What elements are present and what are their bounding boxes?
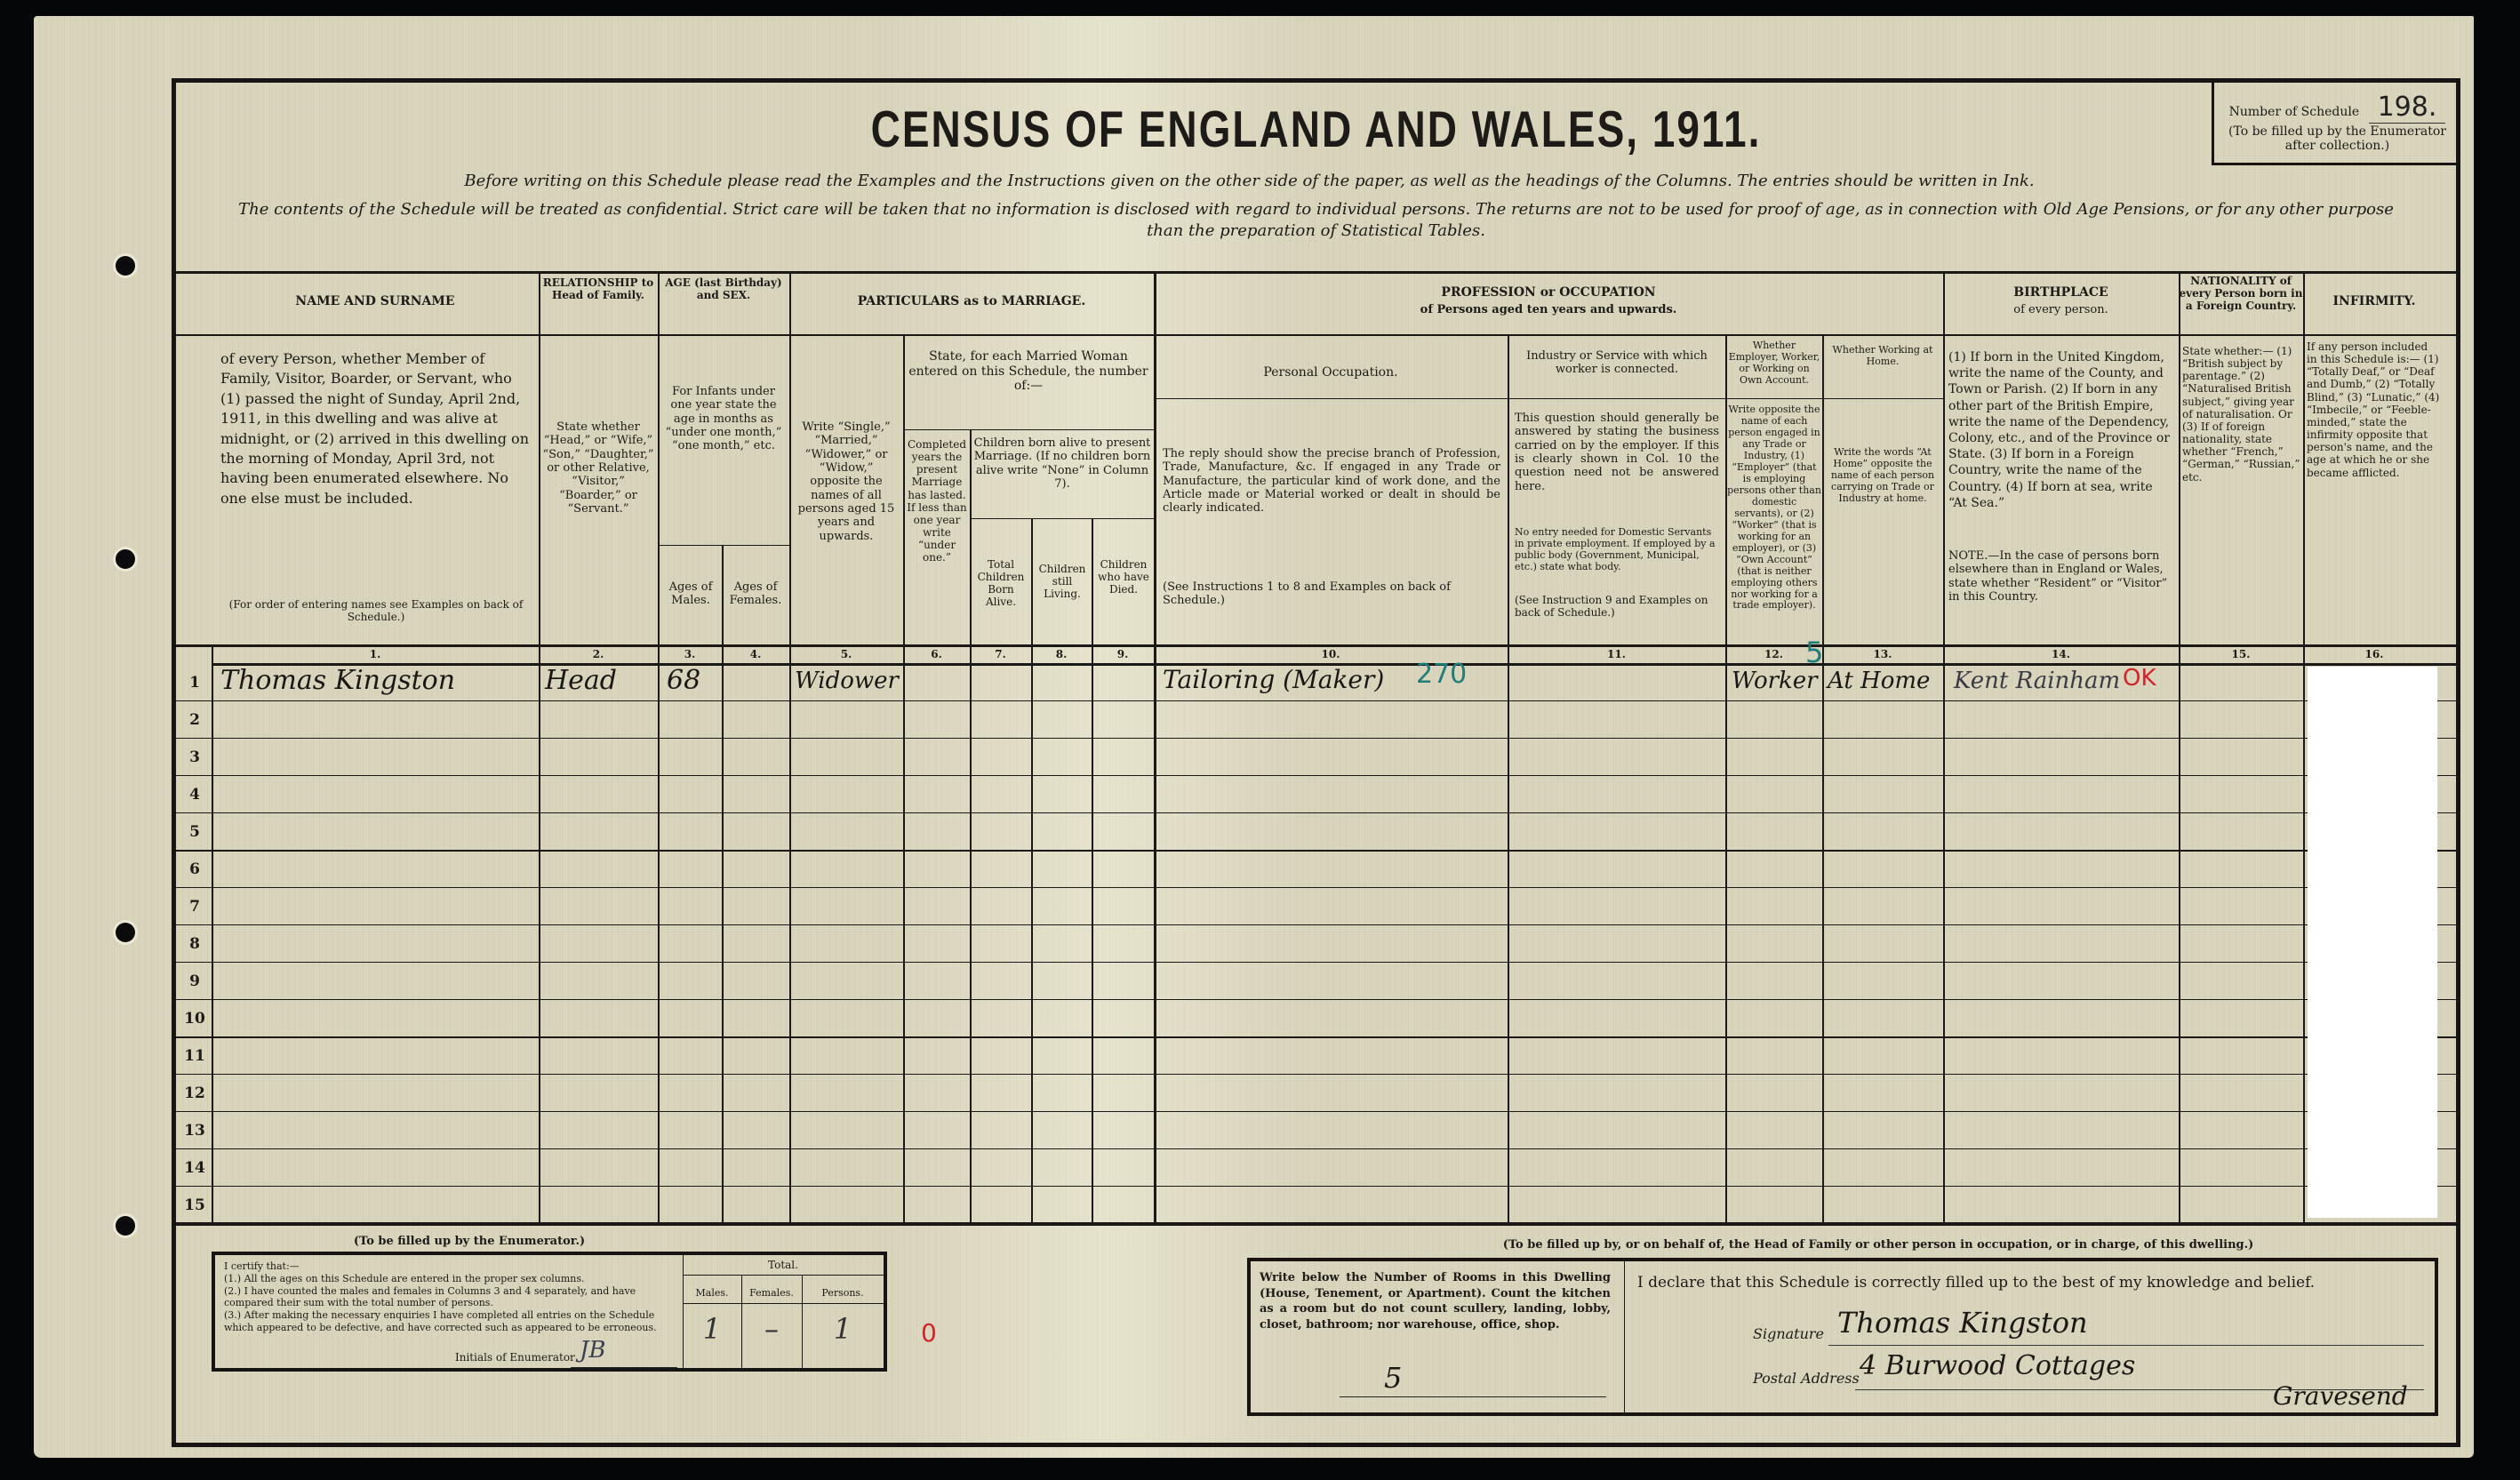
row-rule — [176, 999, 2456, 1000]
instruction-col3: Ages of Males. — [661, 580, 720, 608]
col-divider — [970, 429, 972, 1222]
instruction-col4: Ages of Females. — [724, 580, 788, 608]
males-label: Males. — [683, 1287, 741, 1299]
row-rule — [176, 1111, 2456, 1112]
enumerator-certify-text: I certify that:— (1.) All the ages on th… — [224, 1260, 668, 1334]
header-birthplace: BIRTHPLACE — [1943, 285, 2179, 300]
instruction-col11-head: Industry or Service with which worker is… — [1511, 349, 1723, 377]
signature-value[interactable]: Thomas Kingston — [1837, 1306, 2088, 1340]
row-rule — [176, 924, 2456, 925]
column-number: 1. — [212, 648, 539, 660]
instruction-col14: (1) If born in the United Kingdom, write… — [1948, 349, 2174, 511]
entry-at-home[interactable]: At Home — [1828, 668, 1930, 694]
row-rule — [176, 1148, 2456, 1149]
head-of-family-heading: (To be filled up by, or on behalf of, th… — [1314, 1238, 2443, 1252]
row-rule — [176, 887, 2456, 888]
entry-relationship[interactable]: Head — [545, 665, 617, 696]
signature-line — [1828, 1345, 2424, 1346]
schedule-number-box: Number of Schedule 198. (To be filled up… — [2212, 81, 2460, 165]
rooms-line — [1340, 1396, 1606, 1397]
employment-code: 5 — [1805, 636, 1823, 669]
certify-item-2: (2.) I have counted the males and female… — [224, 1285, 668, 1310]
instruction-col6: Completed years the present Marriage has… — [905, 438, 969, 564]
confidential-line: The contents of the Schedule will be tre… — [194, 200, 2438, 219]
punch-hole — [116, 256, 135, 276]
instruction-col14-note: NOTE.—In the case of persons born elsewh… — [1948, 549, 2174, 604]
declaration-text: I declare that this Schedule is correctl… — [1637, 1274, 2315, 1292]
total-label: Total. — [683, 1259, 884, 1271]
declaration-divider — [1624, 1261, 1625, 1412]
column-number: 8. — [1031, 648, 1092, 660]
punch-hole — [116, 1216, 135, 1236]
row-number: 1 — [181, 674, 208, 692]
col-divider — [2179, 271, 2180, 1222]
row-number: 11 — [181, 1047, 208, 1065]
instruction-col6-9: State, for each Married Woman entered on… — [907, 349, 1150, 394]
col-divider — [658, 271, 660, 1222]
birthplace-check-mark: OK — [2123, 665, 2156, 692]
punch-hole — [116, 549, 135, 569]
instruction-col15: State whether:— (1) “British subject by … — [2182, 345, 2301, 484]
sub-rule — [658, 545, 789, 546]
row-rule — [176, 812, 2456, 813]
col-divider — [1943, 271, 1945, 1222]
header-name-surname: NAME AND SURNAME — [212, 294, 539, 309]
col-divider — [539, 271, 540, 1222]
column-number: 7. — [970, 648, 1031, 660]
schedule-number-note: (To be filled up by the Enumerator after… — [2214, 124, 2460, 153]
sub-rule — [970, 518, 1154, 519]
instruction-col8: Children still Living. — [1033, 563, 1092, 600]
instruction-col10-note: (See Instructions 1 to 8 and Examples on… — [1163, 580, 1500, 608]
row-number: 6 — [181, 860, 208, 878]
row-rule — [176, 1186, 2456, 1187]
col-divider — [1031, 518, 1033, 1222]
postal-address-line1[interactable]: 4 Burwood Cottages — [1860, 1350, 2135, 1381]
sub-rule — [1154, 398, 1943, 399]
instruction-col12-head: Whether Employer, Worker, or Working on … — [1727, 340, 1821, 387]
instruction-col16: If any person included in this Schedule … — [2307, 340, 2440, 479]
initials-value[interactable]: JB — [580, 1337, 606, 1364]
red-check-mark: 0 — [921, 1318, 937, 1348]
col-divider — [1092, 518, 1093, 1222]
entry-birthplace[interactable]: Kent Rainham — [1954, 668, 2120, 694]
row-rule — [176, 775, 2456, 776]
schedule-frame: CENSUS OF ENGLAND AND WALES, 1911. Befor… — [172, 78, 2460, 1447]
instruction-col11-note2: (See Instruction 9 and Examples on back … — [1515, 594, 1719, 619]
instruction-col7: Total Children Born Alive. — [972, 558, 1030, 609]
instruction-col10: The reply should show the precise branch… — [1163, 447, 1500, 516]
initials-label: Initials of Enumerator — [455, 1351, 575, 1364]
column-number: 3. — [658, 648, 722, 660]
rownum-divider — [212, 644, 213, 1222]
row-number: 13 — [181, 1122, 208, 1140]
row-rule — [176, 738, 2456, 739]
column-number: 14. — [1943, 648, 2179, 660]
instruction-col2: State whether “Head,” or “Wife,” “Son,” … — [542, 420, 654, 516]
row-number: 2 — [181, 711, 208, 729]
header-marriage: PARTICULARS as to MARRIAGE. — [789, 294, 1154, 309]
instruction-col11: This question should generally be answer… — [1515, 412, 1719, 493]
certify-item-3: (3.) After making the necessary enquirie… — [224, 1309, 668, 1334]
certify-label: I certify that:— — [224, 1260, 668, 1273]
header-birthplace-sub: of every person. — [1943, 303, 2179, 316]
enumerator-heading: (To be filled up by the Enumerator.) — [283, 1235, 656, 1248]
entry-name[interactable]: Thomas Kingston — [220, 665, 455, 696]
row-number: 8 — [181, 935, 208, 953]
occupation-code: 270 — [1416, 659, 1467, 690]
signature-label: Signature — [1753, 1325, 1824, 1342]
col-divider — [1822, 334, 1824, 1222]
row-number: 15 — [181, 1196, 208, 1214]
column-number: 11. — [1508, 648, 1725, 660]
column-number: 4. — [722, 648, 789, 660]
document-title: CENSUS OF ENGLAND AND WALES, 1911. — [176, 99, 2456, 159]
postal-address-line2[interactable]: Gravesend — [2273, 1381, 2408, 1411]
col-divider — [1154, 271, 1156, 1222]
total-rule — [683, 1275, 884, 1276]
entry-occupation[interactable]: Tailoring (Maker) — [1163, 665, 1384, 694]
instruction-col13-head: Whether Working at Home. — [1824, 345, 1941, 368]
redacted-infirmity-area — [2308, 667, 2437, 1218]
entry-employment[interactable]: Worker — [1732, 668, 1818, 694]
sub-rule — [903, 429, 1154, 430]
instruction-col9: Children who have Died. — [1093, 558, 1154, 596]
row-rule — [176, 700, 2456, 701]
column-number: 16. — [2303, 648, 2445, 660]
schedule-number-label: Number of Schedule — [2229, 105, 2359, 119]
row-number: 4 — [181, 786, 208, 804]
instruction-col12: Write opposite the name of each person e… — [1727, 404, 1821, 612]
instruction-col1: of every Person, whether Member of Famil… — [220, 349, 532, 508]
confidential-line-2: than the preparation of Statistical Tabl… — [194, 221, 2438, 240]
col-divider — [1508, 334, 1509, 1222]
census-schedule-paper: CENSUS OF ENGLAND AND WALES, 1911. Befor… — [34, 16, 2474, 1458]
row-rule — [176, 850, 2456, 852]
instruction-line: Before writing on this Schedule please r… — [309, 172, 2189, 190]
rooms-instruction: Write below the Number of Rooms in this … — [1260, 1270, 1611, 1332]
entry-age-male[interactable]: 68 — [667, 665, 700, 696]
total-males[interactable]: 1 — [683, 1312, 741, 1346]
column-number: 6. — [903, 648, 970, 660]
instruction-col10-head: Personal Occupation. — [1157, 365, 1504, 380]
instruction-col5: Write “Single,” “Married,” “Widower,” or… — [793, 420, 900, 543]
females-label: Females. — [741, 1287, 802, 1299]
column-number: 15. — [2179, 648, 2303, 660]
header-relationship: RELATIONSHIP to Head of Family. — [539, 276, 658, 301]
instruction-col11-note: No entry needed for Domestic Servants in… — [1515, 527, 1719, 573]
persons-label: Persons. — [802, 1287, 884, 1299]
header-occupation-sub: of Persons aged ten years and upwards. — [1154, 303, 1943, 316]
column-number: 5. — [789, 648, 903, 660]
row-number: 5 — [181, 823, 208, 841]
header-infirmity: INFIRMITY. — [2303, 294, 2445, 309]
table-bottom-rule — [176, 1222, 2456, 1226]
column-number: 13. — [1822, 648, 1943, 660]
row-rule — [176, 1036, 2456, 1038]
row-number: 3 — [181, 748, 208, 766]
postal-address-label: Postal Address — [1753, 1370, 1860, 1387]
col-divider — [722, 545, 724, 1222]
instruction-col3-4: For Infants under one year state the age… — [661, 385, 786, 453]
total-females[interactable]: – — [741, 1312, 802, 1346]
entry-marital-status[interactable]: Widower — [795, 668, 899, 694]
column-number: 9. — [1092, 648, 1154, 660]
certify-item-1: (1.) All the ages on this Schedule are e… — [224, 1273, 668, 1285]
punch-hole — [116, 923, 135, 942]
column-number: 2. — [539, 648, 658, 660]
row-number: 10 — [181, 1010, 208, 1028]
header-age-sex: AGE (last Birthday) and SEX. — [658, 276, 789, 301]
row-rule — [176, 1074, 2456, 1075]
total-rule — [683, 1303, 884, 1304]
row-number: 9 — [181, 972, 208, 990]
initials-line — [571, 1367, 677, 1368]
rooms-count[interactable]: 5 — [1384, 1361, 1402, 1395]
head-of-family-box: Write below the Number of Rooms in this … — [1247, 1258, 2438, 1416]
header-occupation: PROFESSION or OCCUPATION — [1154, 285, 1943, 300]
total-persons[interactable]: 1 — [802, 1312, 884, 1346]
schedule-number-value[interactable]: 198. — [2369, 92, 2446, 124]
row-number: 14 — [181, 1159, 208, 1177]
enumerator-certificate-box: I certify that:— (1.) All the ages on th… — [212, 1252, 887, 1372]
colnum-top-rule — [176, 644, 2456, 647]
row-rule — [176, 962, 2456, 963]
row-number: 12 — [181, 1084, 208, 1102]
instruction-col13: Write the words “At Home” opposite the n… — [1826, 447, 1940, 505]
col-divider — [789, 271, 791, 1222]
col-divider — [2303, 271, 2305, 1222]
row-number: 7 — [181, 898, 208, 916]
header-nationality: NATIONALITY of every Person born in a Fo… — [2179, 275, 2303, 312]
table-top-rule — [176, 271, 2456, 274]
header-rule — [176, 334, 2456, 336]
instruction-col7-9: Children born alive to present Marriage.… — [973, 436, 1151, 491]
instruction-col1-note: (For order of entering names see Example… — [220, 598, 532, 623]
